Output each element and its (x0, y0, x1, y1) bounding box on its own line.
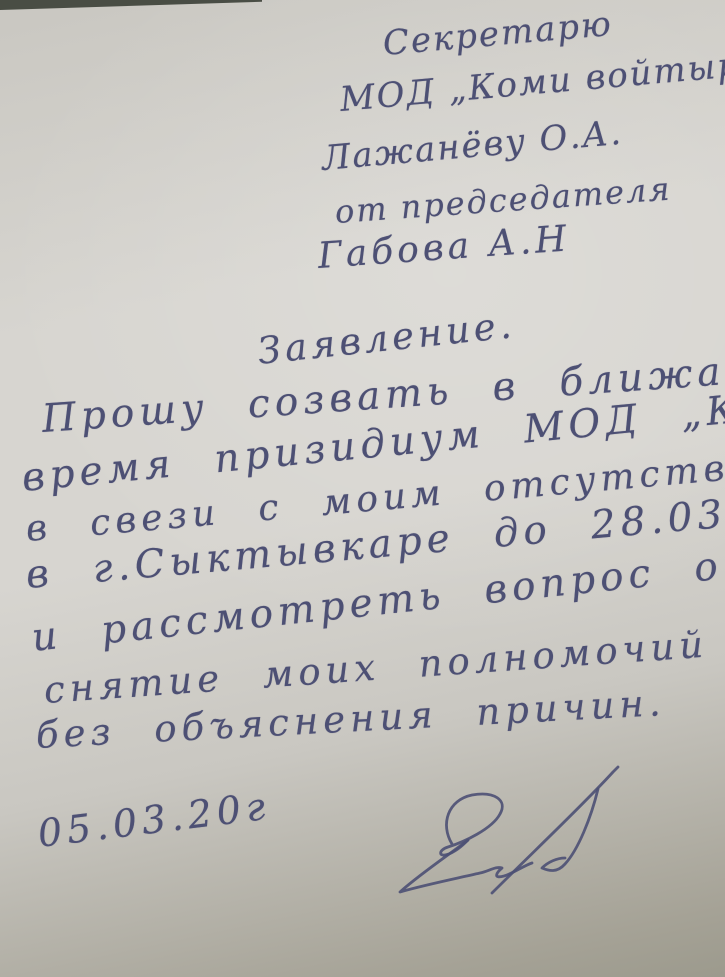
addressee-line-secretary: Секретарю (381, 4, 614, 64)
paper-edge-shadow (0, 0, 262, 10)
signature-flourish-icon (392, 752, 662, 920)
addressee-line-name: Лажанёву О.А. (320, 113, 624, 179)
handwritten-letter-photo: Секретарю МОД „Коми войтыр Лажанёву О.А.… (0, 0, 725, 977)
signature (392, 752, 662, 920)
document-date: 05.03.20г (35, 784, 272, 856)
document-title: Заявление. (256, 303, 518, 373)
sender-line-role: от председателя (334, 170, 673, 231)
